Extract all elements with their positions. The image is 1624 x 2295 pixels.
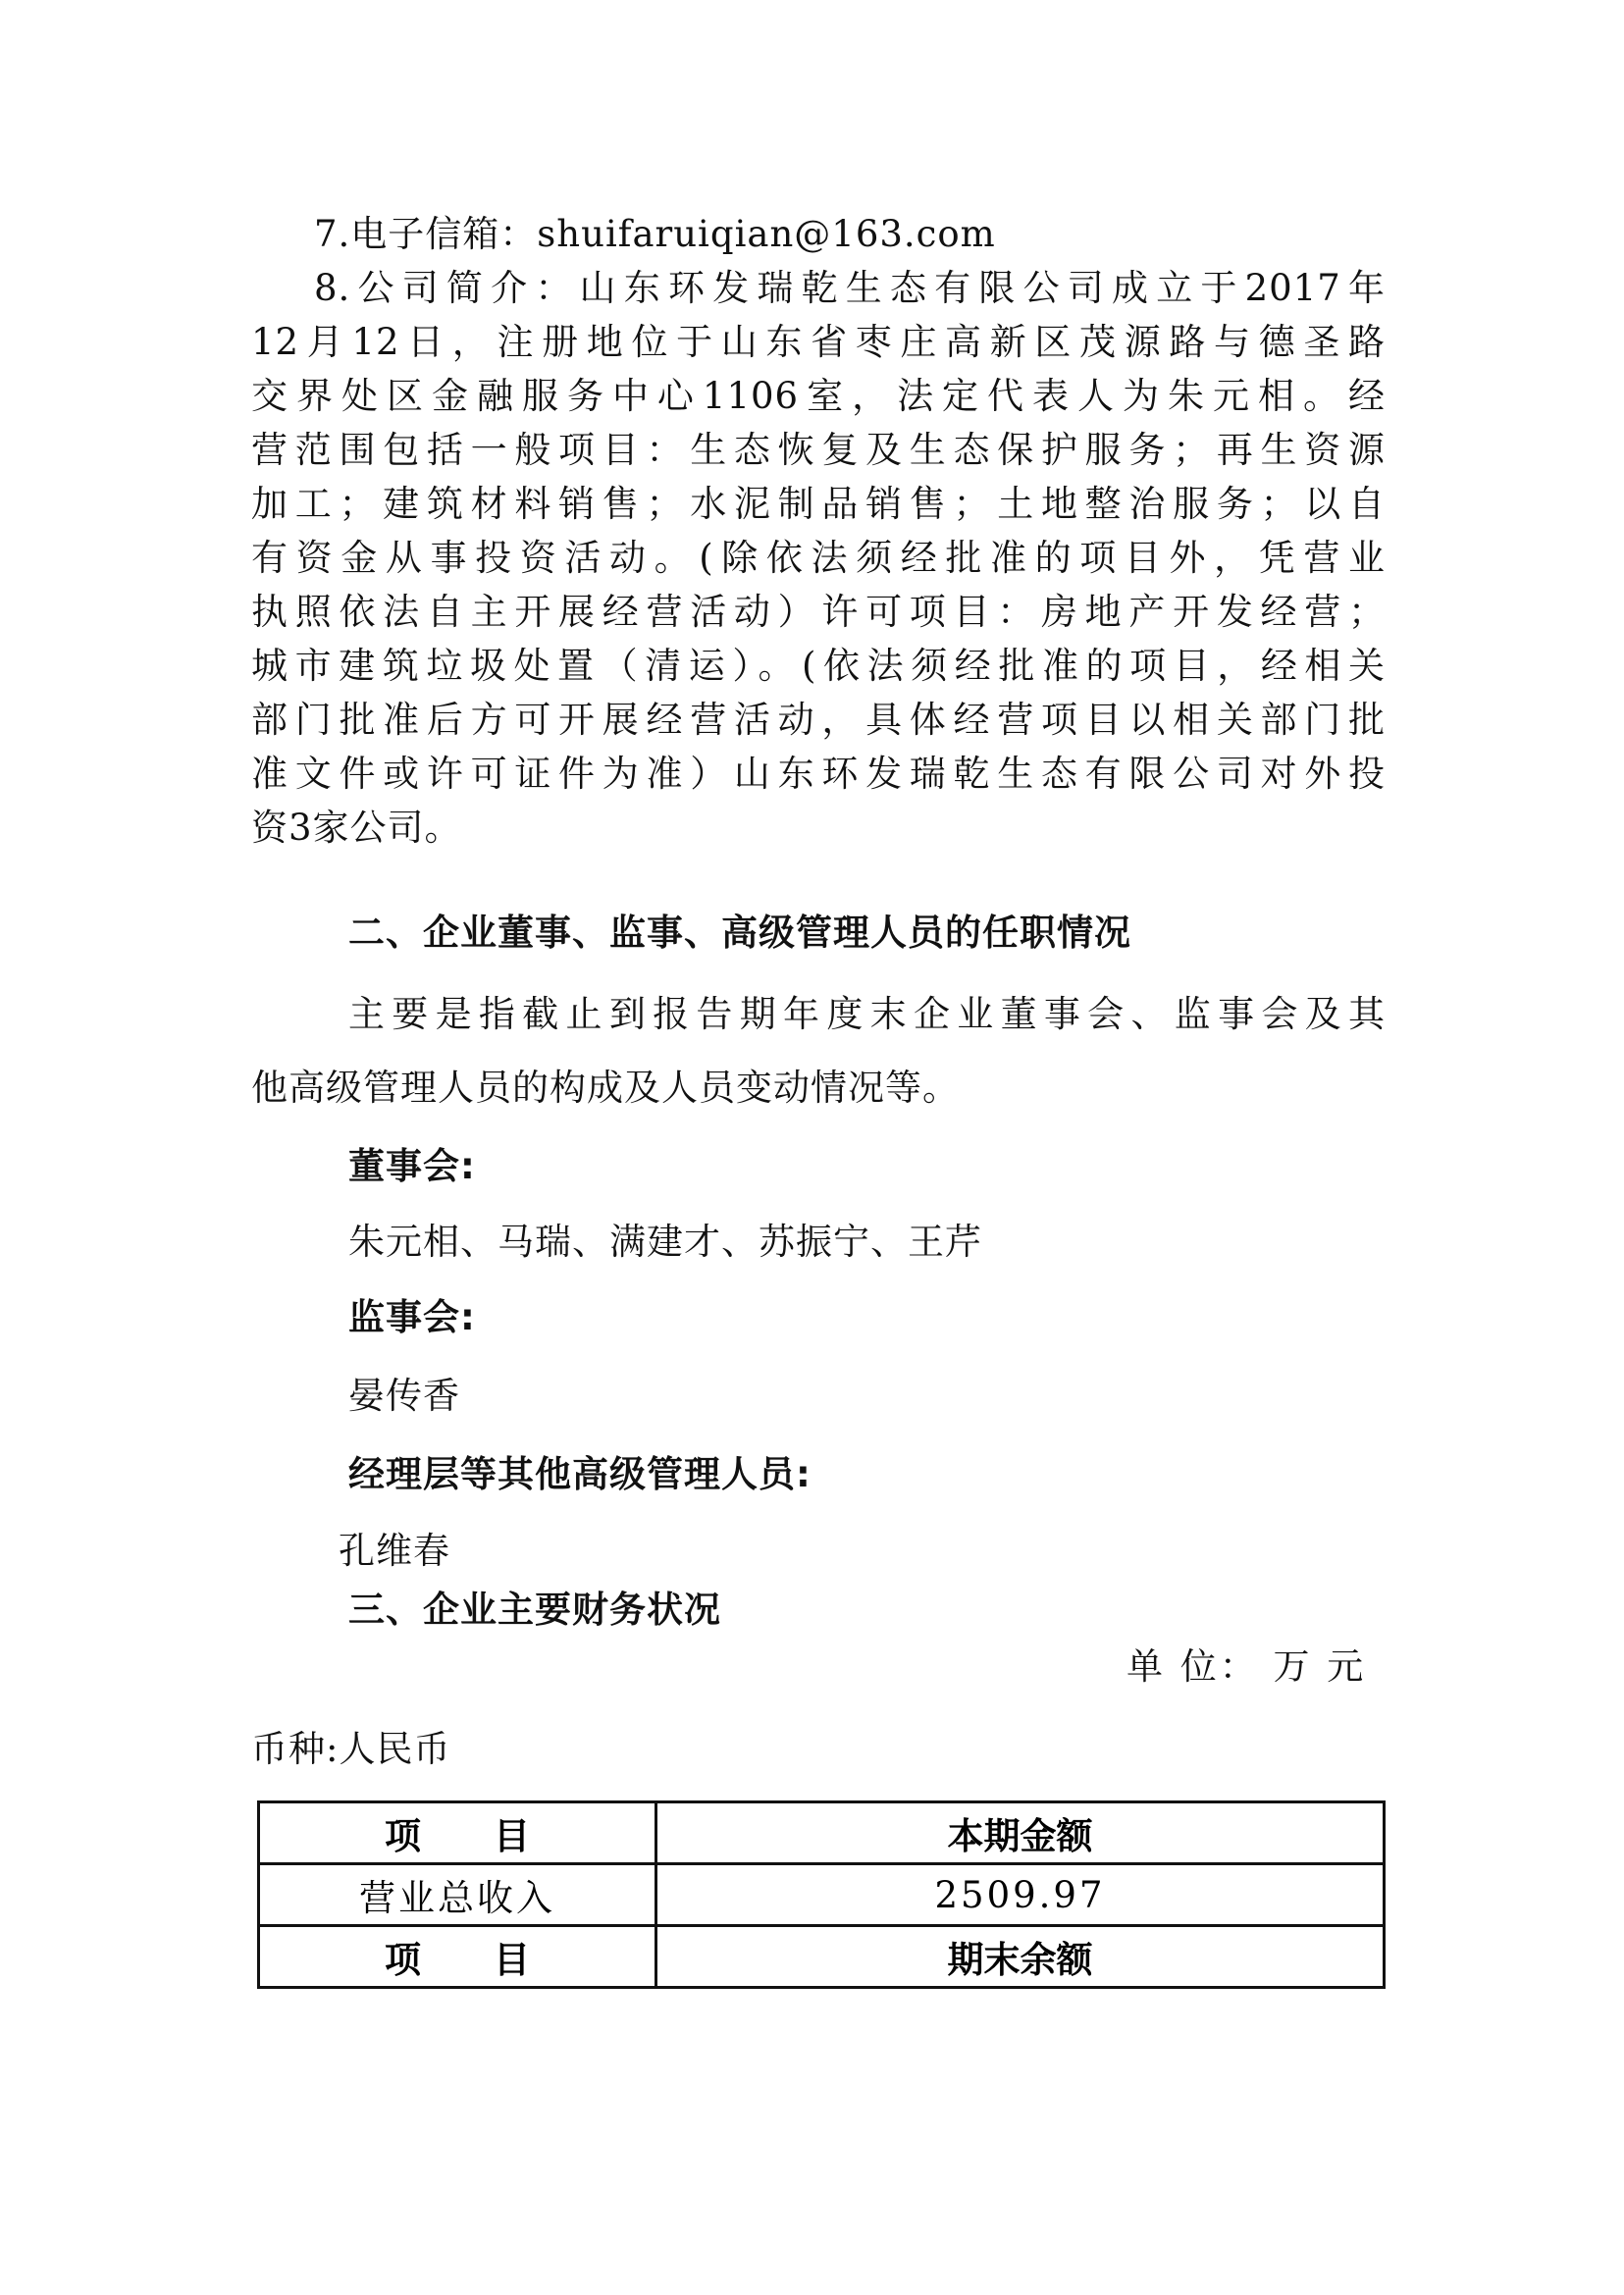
management-label: 经理层等其他高级管理人员: [348, 1444, 812, 1497]
table-row: 项 目 期末余额 [259, 1926, 1385, 1988]
company-intro-line-5: 加工；建筑材料销售；水泥制品销售；土地整治服务；以自 [251, 474, 1386, 527]
table-header-item: 项 目 [259, 1926, 656, 1988]
board-label: 董事会: [348, 1136, 476, 1189]
financial-table: 项 目 本期金额 营业总收入 2509.97 项 目 期末余额 [257, 1800, 1386, 1989]
unit-label: 单 位： 万 元 [1126, 1637, 1366, 1690]
supervisory-members: 晏传香 [348, 1366, 460, 1419]
company-intro-line-8: 城市建筑垃圾处置（清运）。(依法须经批准的项目，经相关 [251, 636, 1386, 689]
company-intro-line-1: 8.公司简介：山东环发瑞乾生态有限公司成立于2017年 [314, 258, 1386, 311]
supervisory-label: 监事会: [348, 1287, 476, 1340]
company-intro-line-10: 准文件或许可证件为准）山东环发瑞乾生态有限公司对外投 [251, 744, 1386, 797]
currency-label: 币种:人民币 [251, 1719, 450, 1772]
table-header-current-amount: 本期金额 [656, 1802, 1385, 1864]
table-cell-item: 营业总收入 [259, 1864, 656, 1926]
section2-description-line-1: 主要是指截止到报告期年度末企业董事会、监事会及其 [348, 984, 1386, 1037]
table-cell-value: 2509.97 [656, 1864, 1385, 1926]
email-line: 7.电子信箱：shuifaruiqian@163.com [314, 204, 996, 257]
table-row: 项 目 本期金额 [259, 1802, 1385, 1864]
board-members: 朱元相、马瑞、满建才、苏振宁、王芹 [348, 1212, 982, 1265]
section2-description-line-2: 他高级管理人员的构成及人员变动情况等。 [251, 1058, 960, 1111]
document-page: 7.电子信箱：shuifaruiqian@163.com 8.公司简介：山东环发… [0, 0, 1624, 2295]
company-intro-line-9: 部门批准后方可开展经营活动，具体经营项目以相关部门批 [251, 690, 1386, 743]
section3-heading: 三、企业主要财务状况 [348, 1580, 721, 1633]
company-intro-line-7: 执照依法自主开展经营活动）许可项目：房地产开发经营； [251, 582, 1386, 635]
company-intro-line-2: 12月12日，注册地位于山东省枣庄高新区茂源路与德圣路 [251, 312, 1386, 365]
table-header-ending-balance: 期末余额 [656, 1926, 1385, 1988]
management-members: 孔维春 [339, 1521, 450, 1574]
company-intro-line-3: 交界处区金融服务中心1106室，法定代表人为朱元相。经 [251, 366, 1386, 419]
table-row: 营业总收入 2509.97 [259, 1864, 1385, 1926]
company-intro-line-4: 营范围包括一般项目：生态恢复及生态保护服务；再生资源 [251, 420, 1386, 473]
section2-heading: 二、企业董事、监事、高级管理人员的任职情况 [348, 903, 1131, 956]
company-intro-line-6: 有资金从事投资活动。(除依法须经批准的项目外，凭营业 [251, 528, 1386, 581]
company-intro-line-11: 资3家公司。 [251, 798, 462, 851]
table-header-item: 项 目 [259, 1802, 656, 1864]
